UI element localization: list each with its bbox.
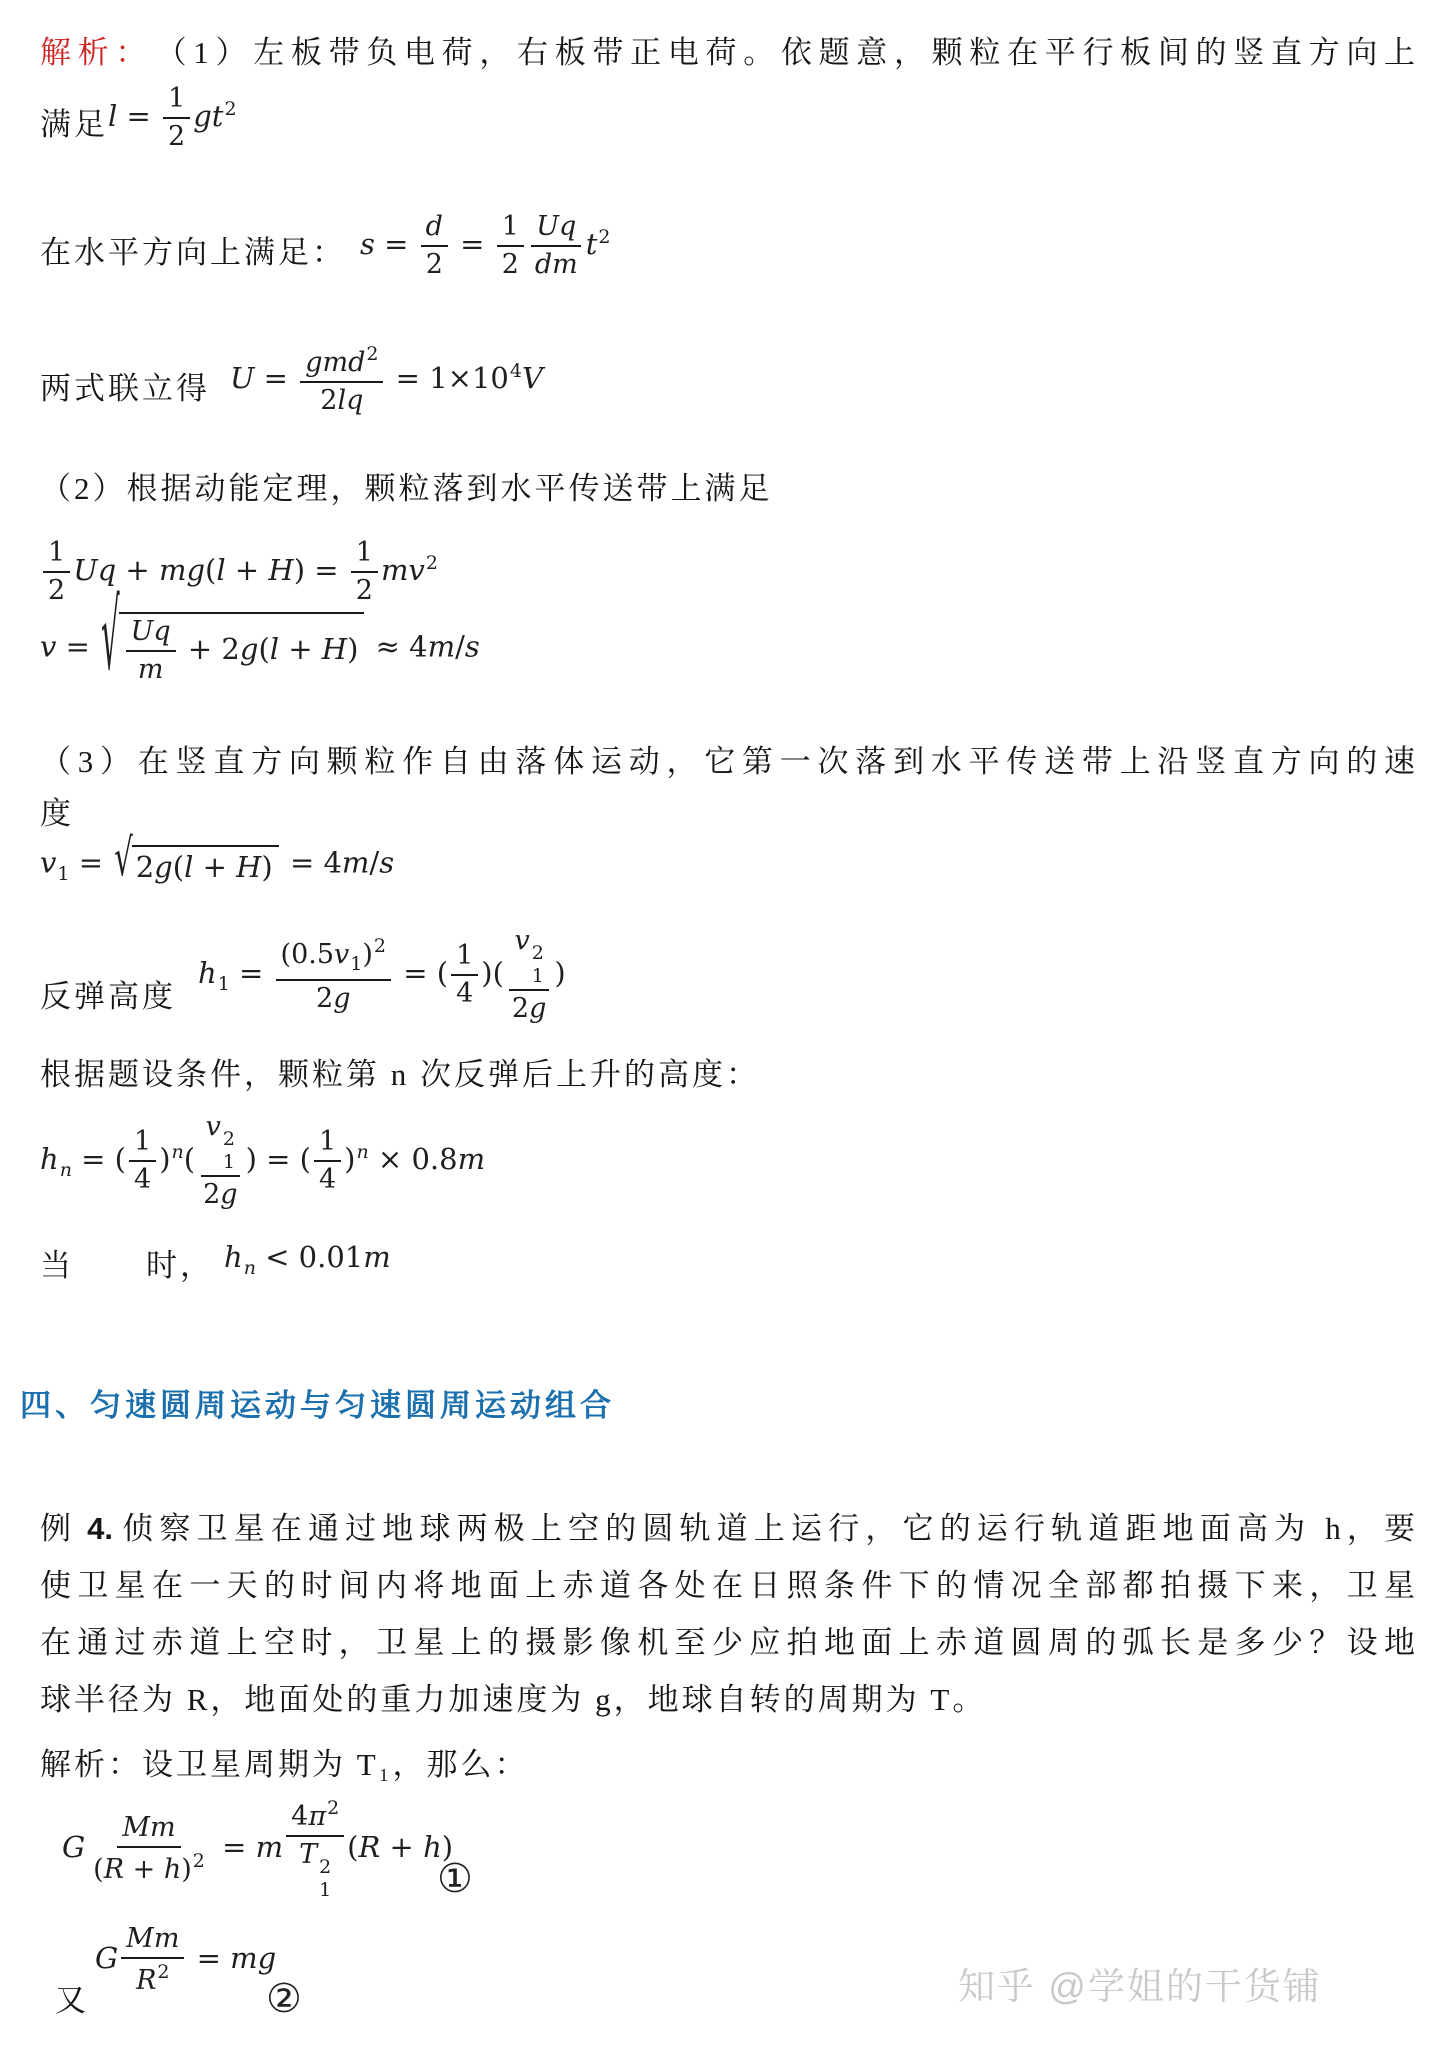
formula-hn-line: hn = (14)n(v212g) = (14)n × 0.8m <box>40 1112 485 1210</box>
formula-energy-line: 12Uq + mg(l + H) = 12mv2 <box>40 538 438 606</box>
formula-hn: hn = (14)n(v212g) = (14)n × 0.8m <box>40 1112 485 1210</box>
example4-line3: 在通过赤道上空时，卫星上的摄影像机至少应拍地面上赤道圆周的弧长是多少？设地 <box>40 1614 1418 1671</box>
formula-gravitation-line: GMm(R + h)2 = m4π2T21(R + h) <box>62 1798 453 1900</box>
part3-line1: （3）在竖直方向颗粒作自由落体运动，它第一次落到水平传送带上沿竖直方向的速 <box>40 736 1418 788</box>
example4-line1-text: 侦察卫星在通过地球两极上空的圆轨道上运行，它的运行轨道距地面高为 h，要 <box>119 1511 1418 1546</box>
nth-rebound-text: 根据题设条件，颗粒第 n 次反弹后上升的高度： <box>40 1057 760 1092</box>
row-combined-equations: 两式联立得 U = gmd22lq = 1×104V <box>40 344 543 416</box>
you-label-line: 又 <box>55 1978 89 2024</box>
formula-hn-limit: hn < 0.01m <box>224 1240 391 1279</box>
formula-v1-line: v1 = √2g(l + H) = 4m/s <box>40 845 394 885</box>
formula-velocity-line: v = √Uqm + 2g(l + H) ≈ 4m/s <box>40 612 480 685</box>
shi-label: 时， <box>146 1243 214 1293</box>
dang-label: 当 <box>40 1243 74 1293</box>
equation-number-1: ① <box>437 1856 473 1902</box>
equation-number-2: ② <box>266 1976 302 2022</box>
section-heading: 四、匀速圆周运动与匀速圆周运动组合 <box>20 1380 615 1425</box>
formula-v1: v1 = √2g(l + H) = 4m/s <box>40 845 394 885</box>
formula-gravitation: GMm(R + h)2 = m4π2T21(R + h) <box>62 1798 453 1900</box>
example4-line2: 使卫星在一天的时间内将地面上赤道各处在日照条件下的情况全部都拍摄下来，卫星 <box>40 1557 1418 1614</box>
document-page: 解析：（1）左板带负电荷，右板带正电荷。依题意，颗粒在平行板间的竖直方向上 满足… <box>0 0 1448 2048</box>
example4-line4: 球半径为 R，地面处的重力加速度为 g，地球自转的周期为 T。 <box>40 1671 1418 1728</box>
solution-label: 解析： <box>40 35 153 70</box>
formula-voltage: U = gmd22lq = 1×104V <box>230 344 543 416</box>
paragraph-part3: （3）在竖直方向颗粒作自由落体运动，它第一次落到水平传送带上沿竖直方向的速 度 <box>40 736 1418 840</box>
section-heading-text: 四、匀速圆周运动与匀速圆周运动组合 <box>20 1388 615 1423</box>
example-number: 4. <box>87 1511 113 1546</box>
manzu-label: 满足 <box>40 102 108 152</box>
formula-energy: 12Uq + mg(l + H) = 12mv2 <box>40 538 438 606</box>
part3-line2: 度 <box>40 788 1418 840</box>
row-horizontal-condition: 在水平方向上满足： s = d2 = 12Uqdmt2 <box>40 212 611 280</box>
part2-text: （2）根据动能定理，颗粒落到水平传送带上满足 <box>40 471 773 506</box>
row-condition-when: 当 时， hn < 0.01m <box>40 1240 391 1293</box>
you-label: 又 <box>55 1983 89 2018</box>
paragraph-example4-solution: 解析：设卫星周期为 T₁，那么： <box>40 1742 529 1788</box>
solution-intro-text: （1）左板带负电荷，右板带正电荷。依题意，颗粒在平行板间的竖直方向上 <box>171 35 1418 70</box>
formula-h1: h1 = (0.5v1)22g = (14)(v212g) <box>198 926 566 1024</box>
formula-surface-gravity: GMmR2 = mg <box>95 1924 276 1996</box>
row-rebound-height: 反弹高度 h1 = (0.5v1)22g = (14)(v212g) <box>40 926 566 1024</box>
formula-horizontal: s = d2 = 12Uqdmt2 <box>360 212 611 280</box>
formula-surface-gravity-line: GMmR2 = mg <box>95 1924 276 1996</box>
row-vertical-condition: 满足 l = 12gt2 <box>40 84 237 152</box>
example4-line1: 例4.侦察卫星在通过地球两极上空的圆轨道上运行，它的运行轨道距地面高为 h，要 <box>40 1500 1418 1557</box>
paragraph-part2: （2）根据动能定理，颗粒落到水平传送带上满足 <box>40 466 773 512</box>
watermark: 知乎 @学姐的干货铺 <box>958 1956 1322 2010</box>
horizontal-label: 在水平方向上满足： <box>40 230 346 280</box>
example4-solution-text: 解析：设卫星周期为 T₁，那么： <box>40 1747 529 1782</box>
example-prefix: 例 <box>40 1511 77 1546</box>
formula-velocity: v = √Uqm + 2g(l + H) ≈ 4m/s <box>40 612 480 685</box>
paragraph-nth-rebound: 根据题设条件，颗粒第 n 次反弹后上升的高度： <box>40 1052 760 1098</box>
paragraph-example4: 例4.侦察卫星在通过地球两极上空的圆轨道上运行，它的运行轨道距地面高为 h，要 … <box>40 1500 1418 1728</box>
paragraph-solution-intro: 解析：（1）左板带负电荷，右板带正电荷。依题意，颗粒在平行板间的竖直方向上 <box>40 30 1418 76</box>
formula-free-fall: l = 12gt2 <box>108 84 237 152</box>
combine-label: 两式联立得 <box>40 366 210 416</box>
rebound-label: 反弹高度 <box>40 974 176 1024</box>
